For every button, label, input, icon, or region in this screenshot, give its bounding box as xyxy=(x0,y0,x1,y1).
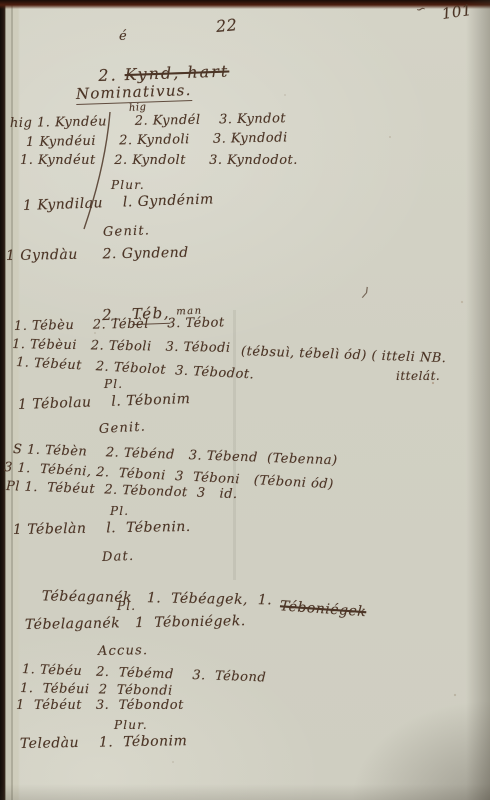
kynd-plural-label: Plur. xyxy=(111,179,145,192)
dative-label: Dat. xyxy=(102,550,135,565)
kynd-genitive-row: 1 Gyndàu 2. Gyndend xyxy=(6,246,189,265)
teb-margin-note-2: ittelát. xyxy=(396,370,440,383)
superscript-mark: é xyxy=(119,30,127,44)
teb-genitive-label: Genit. xyxy=(99,421,147,438)
hig-note: hig xyxy=(129,102,147,114)
kynd-plural-row: 1 Kyndilau l. Gyndénim xyxy=(23,192,214,214)
kynd-nom-row-2: 1 Kyndéui 2. Kyndoli 3. Kyndodi xyxy=(26,131,288,150)
ink-squiggle: ∽ xyxy=(415,2,428,17)
nominativus-label: Nominativus. xyxy=(76,82,192,105)
teb-plural-label-3: Pl. xyxy=(117,600,136,613)
paper-crease xyxy=(233,310,236,580)
kynd-heading-struck: Kynd, hart xyxy=(124,61,229,84)
kynd-nom-row-1: hig 1. Kyndéu 2. Kyndél 3. Kyndot xyxy=(10,112,286,131)
teb-dat-row-main: Tébéaganék 1. Tébéagek, 1. xyxy=(42,589,273,609)
teb-plural-row-2: 1 Tébelàn l. Tébenin. xyxy=(13,520,191,538)
teb-plural-label-2: Pl. xyxy=(110,505,129,518)
kynd-heading-number: 2. xyxy=(98,65,118,85)
teb-plural-row-1: 1 Tébolau l. Tébonim xyxy=(18,392,191,413)
book-binding-edge xyxy=(0,0,5,800)
page-number: 22 xyxy=(215,16,238,35)
teb-nom-row-2: 1. Tébèui 2. Téboli 3. Tébodi xyxy=(12,338,231,356)
kynd-nom-row-3: 1. Kyndéut 2. Kyndolt 3. Kyndodot. xyxy=(20,154,298,168)
stray-ink-mark: ⟩ xyxy=(361,286,370,301)
teb-acc-row-2: 1. Tébéui 2 Tébondi xyxy=(20,682,173,699)
teb-nom-row-3: 1. Tébéut 2. Tébolot 3. Tébodot. xyxy=(16,356,255,383)
right-edge-shadow xyxy=(466,0,490,800)
bottom-edge-shadow xyxy=(0,784,490,800)
folio-number: 101 xyxy=(441,2,473,23)
teb-acc-row-3: 1 Tébéut 3. Tébondot xyxy=(16,699,184,713)
teb-dat-plural-row: Tébelaganék 1 Téboniégek. xyxy=(25,614,246,633)
accusative-label: Accus. xyxy=(98,644,149,659)
kynd-genitive-label: Genit. xyxy=(103,224,151,240)
teb-acc-plural-row: Teledàu 1. Tébonim xyxy=(20,734,188,752)
manuscript-page: 22 ∽ 101 é 2. Kynd, hart Nominativus. hi… xyxy=(0,0,490,800)
teb-plural-label-4: Plur. xyxy=(114,719,148,732)
teb-margin-note-1: (tébsuì, tébelì ód) ( itteli NB. xyxy=(241,345,447,366)
teb-plural-label-1: Pl. xyxy=(104,378,123,391)
bottom-right-corner-shadow xyxy=(350,700,490,800)
teb-dat-struck: Téboniégek xyxy=(280,600,367,621)
